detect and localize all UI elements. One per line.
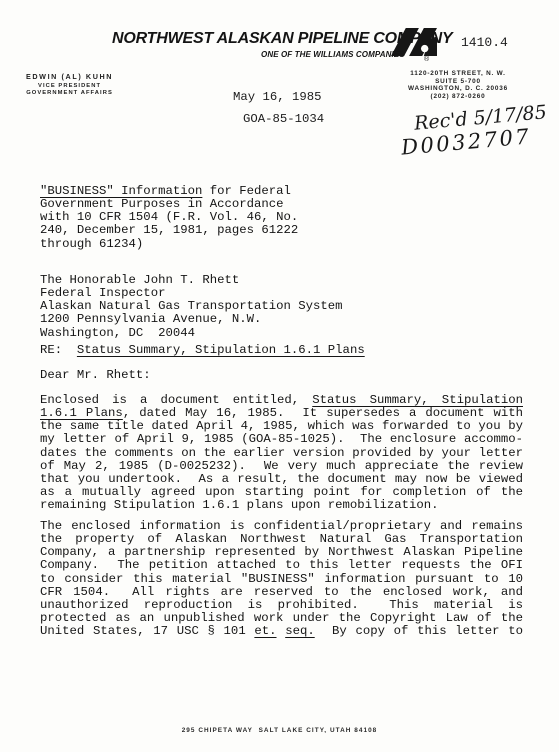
officer-name: EDWIN (AL) KUHN	[26, 72, 113, 81]
officer-title-line1: VICE PRESIDENT	[26, 83, 113, 89]
text-line: Washington, DC 20044	[40, 327, 343, 340]
letter-page: EDWIN (AL) KUHN VICE PRESIDENT GOVERNMEN…	[0, 0, 559, 752]
office-address-line: 1120-20TH STREET, N. W.	[396, 70, 520, 78]
business-notice: "BUSINESS" Information for FederalGovern…	[40, 185, 298, 251]
paragraph-2: The enclosed information is confidential…	[40, 520, 523, 638]
footer-address: 295 CHIPETA WAY SALT LAKE CITY, UTAH 841…	[0, 727, 559, 734]
officer-block: EDWIN (AL) KUHN VICE PRESIDENT GOVERNMEN…	[26, 72, 113, 96]
text-line: RE: Status Summary, Stipulation 1.6.1 Pl…	[40, 344, 365, 357]
text-line: remaining Stipulation 1.6.1 plans upon r…	[40, 499, 523, 512]
subject-line: RE: Status Summary, Stipulation 1.6.1 Pl…	[40, 344, 365, 357]
file-number: 1410.4	[461, 35, 508, 50]
office-address-line: (202) 872-0260	[396, 93, 520, 101]
date-line: May 16, 1985	[233, 90, 322, 104]
office-address-block: 1120-20TH STREET, N. W. SUITE 5-700 WASH…	[396, 70, 520, 100]
salutation: Dear Mr. Rhett:	[40, 369, 151, 382]
paragraph-1: Enclosed is a document entitled, Status …	[40, 394, 523, 512]
reference-number: GOA-85-1034	[243, 112, 324, 126]
company-tagline: ONE OF THE WILLIAMS COMPANIES	[261, 50, 405, 59]
office-address-line: SUITE 5-700	[396, 78, 520, 86]
officer-title-line2: GOVERNMENT AFFAIRS	[26, 90, 113, 96]
text-line: through 61234)	[40, 238, 298, 251]
office-address-line: WASHINGTON, D. C. 20036	[396, 85, 520, 93]
recipient-address: The Honorable John T. RhettFederal Inspe…	[40, 274, 343, 340]
registered-trademark-icon: ®	[424, 56, 429, 63]
text-line: United States, 17 USC § 101 et. seq. By …	[40, 625, 523, 638]
company-logo-group: NORTHWEST ALASKAN PIPELINE COMPANY ONE O…	[112, 27, 452, 69]
